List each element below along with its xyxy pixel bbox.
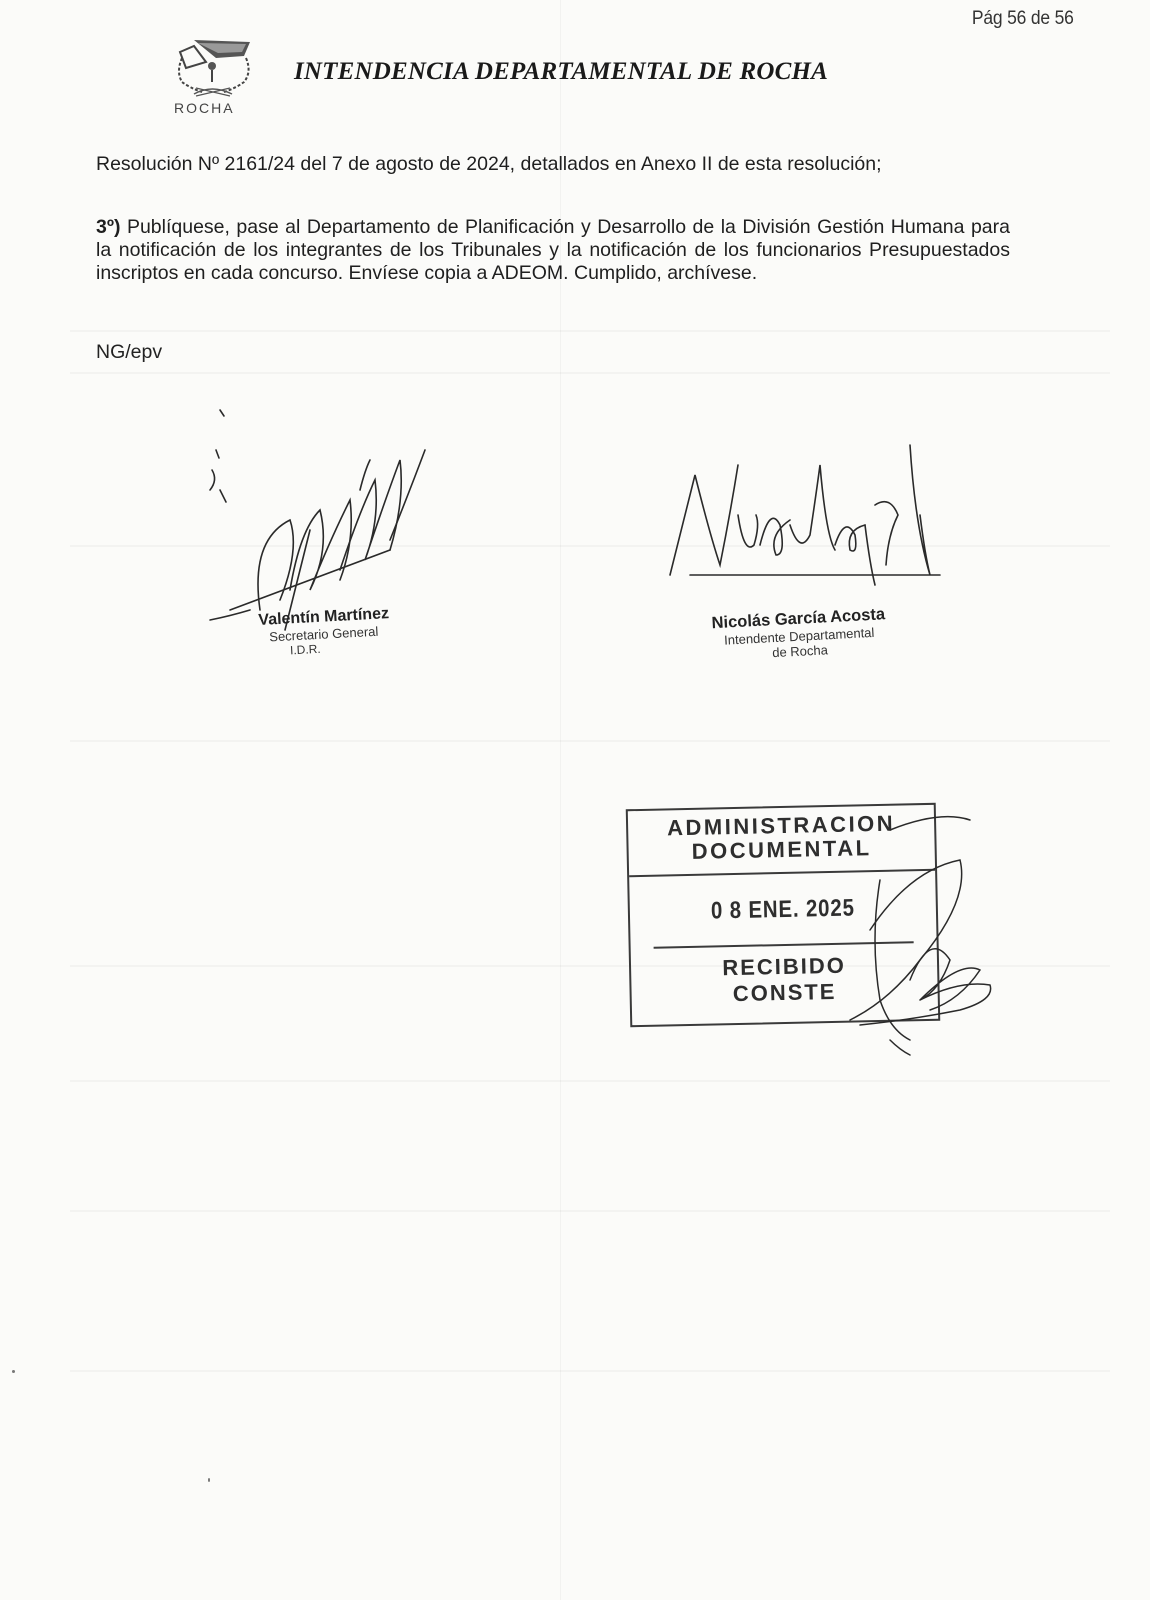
signature-block-intendente: Nicolás García Acosta Intendente Departa… (698, 605, 900, 664)
rocha-coat-of-arms-logo: ROCHA (166, 38, 262, 120)
bleed-through (70, 965, 1110, 967)
bleed-through (70, 545, 1110, 547)
received-stamp: ADMINISTRACION DOCUMENTAL 0 8 ENE. 2025 … (626, 803, 940, 1027)
bleed-through (70, 1080, 1110, 1082)
signature-block-secretary: Valentín Martínez Secretario General I.D… (258, 605, 391, 659)
article-text: Publíquese, pase al Departamento de Plan… (96, 216, 1010, 284)
bleed-through (70, 330, 1110, 332)
coat-of-arms-icon (172, 38, 256, 100)
bleed-through (70, 1210, 1110, 1212)
scan-speck (12, 1370, 15, 1373)
article-number: 3º) (96, 216, 120, 238)
stamp-date: 0 8 ENE. 2025 (652, 871, 914, 948)
bleed-through (70, 740, 1110, 742)
stamp-received: RECIBIDO CONSTE (631, 943, 939, 1025)
bleed-through (70, 372, 1110, 374)
stamp-received-2: CONSTE (631, 977, 937, 1009)
stamp-header: ADMINISTRACION DOCUMENTAL (628, 805, 935, 877)
paragraph-resolution-reference: Resolución Nº 2161/24 del 7 de agosto de… (96, 153, 1010, 176)
page-number: Pág 56 de 56 (972, 8, 1074, 30)
handwritten-signature-intendente (660, 425, 950, 605)
paragraph-article-3: 3º) Publíquese, pase al Departamento de … (96, 216, 1010, 285)
bleed-through (70, 1370, 1110, 1372)
organization-title: INTENDENCIA DEPARTAMENTAL DE ROCHA (294, 58, 828, 86)
drafter-initials: NG/epv (96, 341, 162, 364)
logo-text: ROCHA (174, 100, 235, 116)
handwritten-signature-secretary (190, 390, 450, 640)
scan-speck (208, 1478, 210, 1482)
